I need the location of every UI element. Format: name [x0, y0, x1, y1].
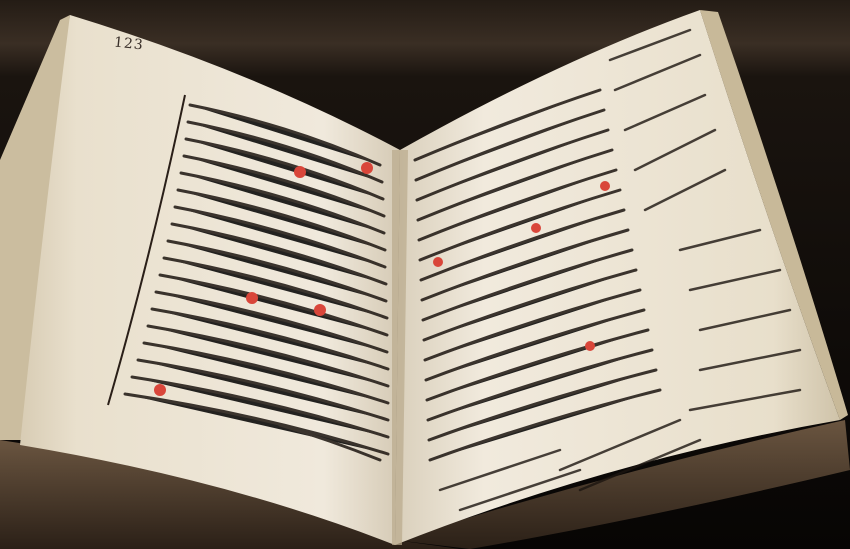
page-number: 123	[113, 34, 144, 53]
manuscript-illustration	[0, 0, 850, 549]
manuscript-photo: 123	[0, 0, 850, 549]
